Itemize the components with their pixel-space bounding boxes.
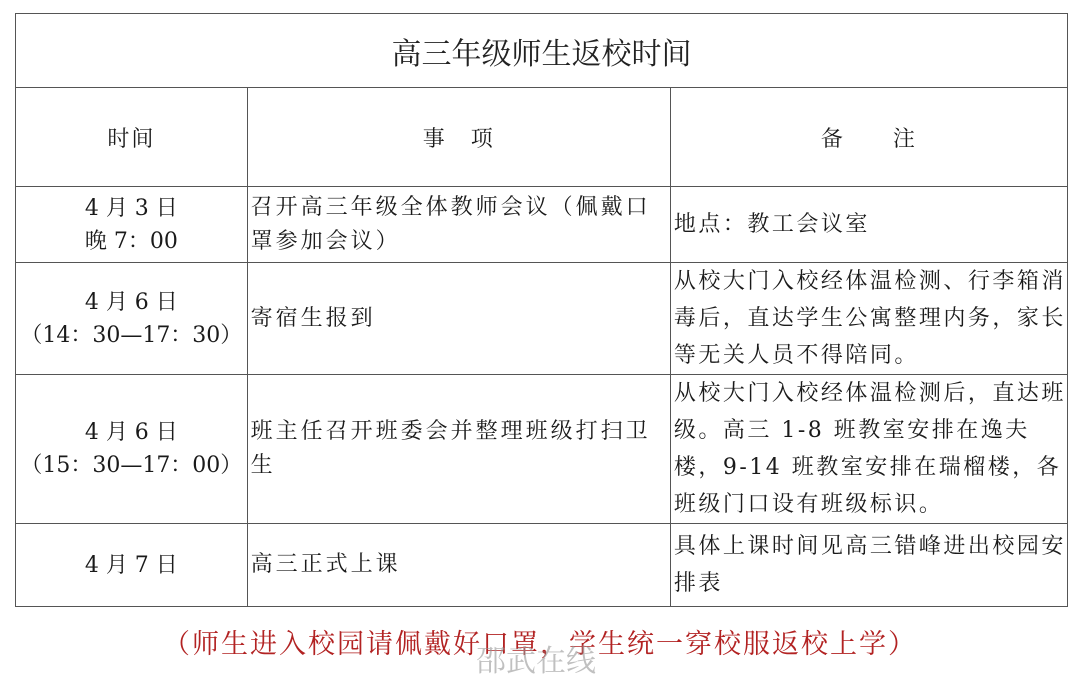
time-cell: 4 月 6 日 （15：30—17：00） <box>16 375 248 524</box>
item-cell: 寄宿生报到 <box>247 263 670 375</box>
table-row: 4 月 6 日 （14：30—17：30） 寄宿生报到 从校大门入校经体温检测、… <box>16 263 1068 375</box>
time-cell: 4 月 6 日 （14：30—17：30） <box>16 263 248 375</box>
schedule-table: 高三年级师生返校时间 时间 事 项 备 注 4 月 3 日 晚 7：00 召开高… <box>15 13 1068 607</box>
item-cell: 班主任召开班委会并整理班级打扫卫生 <box>247 375 670 524</box>
header-time: 时间 <box>16 88 248 187</box>
date-text: 4 月 6 日 <box>16 416 247 449</box>
date-text: 4 月 6 日 <box>16 286 247 319</box>
item-cell: 高三正式上课 <box>247 524 670 607</box>
header-item: 事 项 <box>247 88 670 187</box>
note-cell: 地点：教工会议室 <box>670 187 1067 263</box>
time-text: 晚 7：00 <box>16 225 247 258</box>
header-note: 备 注 <box>670 88 1067 187</box>
table-row: 4 月 3 日 晚 7：00 召开高三年级全体教师会议（佩戴口罩参加会议） 地点… <box>16 187 1068 263</box>
time-text: （15：30—17：00） <box>16 449 247 482</box>
table-title: 高三年级师生返校时间 <box>16 14 1068 88</box>
table-row: 4 月 6 日 （15：30—17：00） 班主任召开班委会并整理班级打扫卫生 … <box>16 375 1068 524</box>
table-row: 4 月 7 日 高三正式上课 具体上课时间见高三错峰进出校园安排表 <box>16 524 1068 607</box>
date-text: 4 月 7 日 <box>16 549 247 582</box>
watermark: 邵武在线 <box>476 636 596 676</box>
title-row: 高三年级师生返校时间 <box>16 14 1068 88</box>
date-text: 4 月 3 日 <box>16 192 247 225</box>
note-cell: 具体上课时间见高三错峰进出校园安排表 <box>670 524 1067 607</box>
note-cell: 从校大门入校经体温检测、行李箱消毒后，直达学生公寓整理内务，家长等无关人员不得陪… <box>670 263 1067 375</box>
time-cell: 4 月 7 日 <box>16 524 248 607</box>
time-cell: 4 月 3 日 晚 7：00 <box>16 187 248 263</box>
note-cell: 从校大门入校经体温检测后，直达班级。高三 1-8 班教室安排在逸夫楼，9-14 … <box>670 375 1067 524</box>
time-text: （14：30—17：30） <box>16 319 247 352</box>
header-row: 时间 事 项 备 注 <box>16 88 1068 187</box>
item-cell: 召开高三年级全体教师会议（佩戴口罩参加会议） <box>247 187 670 263</box>
